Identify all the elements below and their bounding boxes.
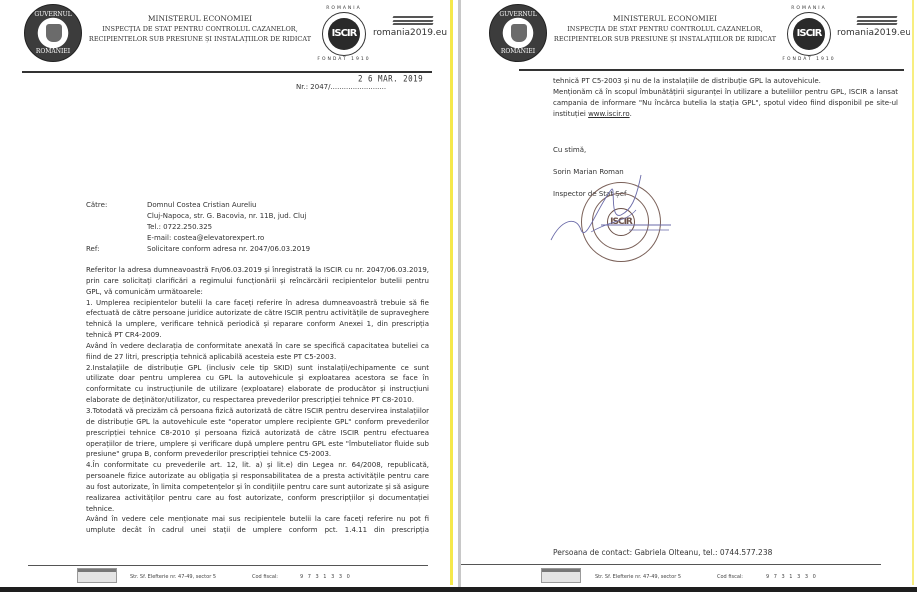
ministry-heading: MINISTERUL ECONOMIEI INSPECȚIA DE STAT P…: [545, 14, 785, 44]
paragraph-point-2: 2.Instalațiile de distribuție GPL (inclu…: [86, 363, 429, 406]
eagle-icon: [46, 24, 62, 42]
viewer-bottom-bar: [0, 587, 917, 592]
certification-logo-icon: [77, 568, 117, 583]
to-label: Către:: [86, 200, 107, 211]
paragraph-point-4: 4.În conformitate cu prevederile art. 12…: [86, 460, 429, 514]
ref-label: Ref:: [86, 244, 99, 255]
ref-value: Solicitare conform adresa nr. 2047/06.03…: [147, 244, 310, 255]
footer-address: Str. Sf. Elefterie nr. 47-49, sector 5: [595, 574, 681, 580]
footer-fiscal-label: Cod fiscal:: [717, 574, 743, 580]
paragraph-continuation: tehnică PT C5-2003 și nu de la instalați…: [553, 76, 898, 87]
ministry-line-2: INSPECȚIA DE STAT PENTRU CONTROLUL CAZAN…: [545, 24, 785, 34]
document-page-2: GUVERNUL ROMÂNIEI MINISTERUL ECONOMIEI I…: [461, 0, 910, 587]
page-edge-yellow: [912, 0, 914, 585]
header-divider: [519, 69, 904, 71]
ministry-line-1: MINISTERUL ECONOMIEI: [545, 14, 785, 24]
gov-seal-bottom-text: ROMÂNIEI: [25, 48, 81, 55]
ministry-line-3: RECIPIENTELOR SUB PRESIUNE ȘI INSTALAȚII…: [80, 34, 320, 44]
paragraph-campaign: Menționăm că în scopul îmbunătățirii sig…: [553, 87, 898, 120]
flag-stripes-icon: [393, 16, 433, 26]
government-seal-icon: GUVERNUL ROMÂNIEI: [24, 4, 82, 62]
signature-icon: [541, 170, 671, 250]
romania2019-logo: romania2019.eu: [373, 14, 448, 44]
iscir-logo-icon: ROMANIA ISCIR FONDAT 1910: [781, 6, 837, 62]
gov-seal-top-text: GUVERNUL: [25, 11, 81, 18]
romania2019-logo: romania2019.eu: [837, 14, 910, 44]
paragraph-intro: Referitor la adresa dumneavoastră Fn/06.…: [86, 265, 429, 298]
gov-seal-bottom-text: ROMÂNIEI: [490, 48, 546, 55]
website-link[interactable]: www.iscir.ro: [588, 110, 630, 118]
gov-seal-top-text: GUVERNUL: [490, 11, 546, 18]
footer-fiscal-code: 9 7 3 1 3 3 0: [300, 574, 351, 580]
paragraph-conclusion: Având în vedere cele menționate mai sus …: [86, 514, 429, 536]
footer-address: Str. Sf. Elefterie nr. 47-49, sector 5: [130, 574, 216, 580]
eagle-icon: [511, 24, 527, 42]
iscir-logo-icon: ROMANIA ISCIR FONDAT 1910: [316, 6, 372, 62]
footer-fiscal-label: Cod fiscal:: [252, 574, 278, 580]
government-seal-icon: GUVERNUL ROMÂNIEI: [489, 4, 547, 62]
document-page-1: GUVERNUL ROMÂNIEI MINISTERUL ECONOMIEI I…: [0, 0, 450, 587]
contact-person: Persoana de contact: Gabriela Olteanu, t…: [553, 548, 772, 557]
flag-stripes-icon: [857, 16, 897, 26]
footer-divider: [28, 565, 428, 566]
iscir-arc-bottom: FONDAT 1910: [316, 57, 372, 62]
letter-body: Referitor la adresa dumneavoastră Fn/06.…: [86, 265, 429, 536]
recipient-phone: Tel.: 0722.250.325: [147, 222, 212, 233]
campaign-logo-text: romania2019.eu: [837, 28, 910, 38]
iscir-arc-top: ROMANIA: [316, 6, 372, 11]
iscir-logo-text: ISCIR: [793, 18, 825, 50]
recipient-address: Cluj-Napoca, str. G. Bacovia, nr. 11B, j…: [147, 211, 306, 222]
iscir-logo-text: ISCIR: [328, 18, 360, 50]
ministry-line-1: MINISTERUL ECONOMIEI: [80, 14, 320, 24]
ministry-line-3: RECIPIENTELOR SUB PRESIUNE ȘI INSTALAȚII…: [545, 34, 785, 44]
iscir-arc-top: ROMANIA: [781, 6, 837, 11]
closing-salutation: Cu stimă,: [553, 146, 586, 154]
campaign-logo-text: romania2019.eu: [373, 28, 447, 38]
letter-continuation: tehnică PT C5-2003 și nu de la instalați…: [553, 76, 898, 120]
paragraph-point-1: 1. Umplerea recipientelor butelii la car…: [86, 298, 429, 341]
certification-logo-icon: [541, 568, 581, 583]
recipient-email: E-mail: costea@elevatorexpert.ro: [147, 233, 264, 244]
footer-divider: [461, 564, 881, 565]
iscir-arc-bottom: FONDAT 1910: [781, 57, 837, 62]
paragraph-point-3: 3.Totodată vă precizăm că persoana fizic…: [86, 406, 429, 460]
registration-number: Nr.: 2047/.........................: [296, 83, 386, 91]
recipient-name: Domnul Costea Cristian Aureliu: [147, 200, 257, 211]
page-divider-yellow: [450, 0, 453, 585]
footer-fiscal-code: 9 7 3 1 3 3 0: [766, 574, 817, 580]
ministry-heading: MINISTERUL ECONOMIEI INSPECȚIA DE STAT P…: [80, 14, 320, 44]
paragraph-capacity: Având în vedere declarația de conformita…: [86, 341, 429, 363]
ministry-line-2: INSPECȚIA DE STAT PENTRU CONTROLUL CAZAN…: [80, 24, 320, 34]
